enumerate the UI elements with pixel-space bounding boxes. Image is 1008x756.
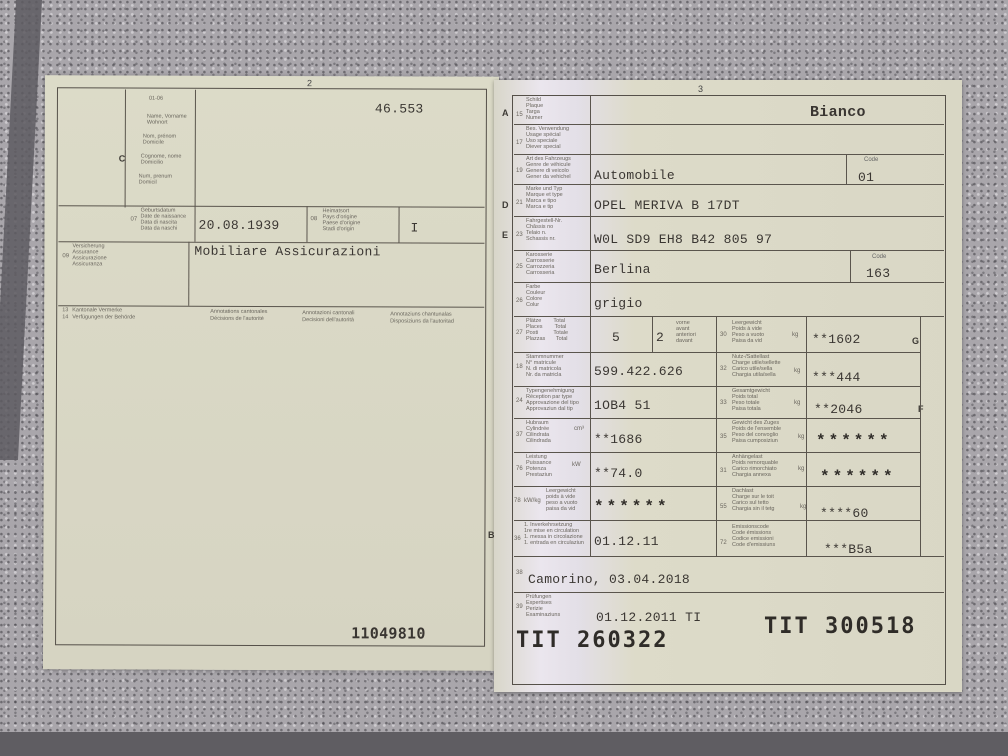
power-label: Leistung Puissance Potenza Prestaziun bbox=[526, 454, 552, 478]
left-page-frame bbox=[55, 87, 487, 646]
power-weight-label: Leergewicht poids à vide peso a vuoto pa… bbox=[546, 488, 578, 512]
displacement-value: **1686 bbox=[594, 432, 643, 447]
holder-name-label-de: Name, Vorname Wohnort bbox=[147, 114, 187, 126]
seats-label: Plätze Total Places Total Posti Totale P… bbox=[526, 318, 568, 342]
page-number: 3 bbox=[698, 84, 703, 94]
annotation-header-rm: Annotaziuns chantunalas Disposiziuns da … bbox=[390, 311, 454, 324]
body-value: Berlina bbox=[594, 262, 651, 277]
payload-label: Nutz-/Sattellast Charge utile/sellette C… bbox=[732, 354, 781, 378]
displacement-label: Hubraum Cylindrée Cilindrata Cilindrada bbox=[526, 420, 551, 444]
vehicle-type-label: Art des Fahrzeugs Genre de véhicule Gene… bbox=[526, 156, 571, 180]
train-weight-value: ****** bbox=[816, 432, 892, 450]
special-use-label: Bes. Verwendung Usage spécial Uso specia… bbox=[526, 126, 569, 150]
trailer-load-label: Anhängelast Poids remorquable Carico rim… bbox=[732, 454, 778, 478]
power-weight-value: ****** bbox=[594, 498, 670, 516]
empty-weight-label: Leergewicht Poids à vide Peso a vuoto Pa… bbox=[732, 320, 764, 344]
floor-groove bbox=[0, 0, 42, 460]
annotation-header-de: Kantonale Vermerke Verfügungen der Behör… bbox=[72, 307, 135, 320]
perforated-stamp-right: TIT 300518 bbox=[764, 614, 916, 639]
inspections-value: 01.12.2011 TI bbox=[596, 610, 701, 625]
matriculation-label: Stammnummer N° matricule N. di matricola… bbox=[526, 354, 564, 378]
emission-code-value: ***B5a bbox=[824, 542, 873, 557]
chassis-value: W0L SD9 EH8 B42 805 97 bbox=[594, 232, 772, 247]
body-label: Karosserie Carrosserie Carrozzeria Carro… bbox=[526, 252, 554, 276]
seats-front: 2 bbox=[656, 330, 664, 345]
inspections-label: Prüfungen Expertises Perizie Examinaziun… bbox=[526, 594, 560, 618]
seats-total: 5 bbox=[612, 330, 620, 345]
first-registration-label: 1. Inverkehrsetzung 1re mise en circulat… bbox=[524, 522, 584, 546]
emission-code-label: Emissionscode Code émissions Codice emis… bbox=[732, 524, 775, 548]
total-weight-label: Gesamtgewicht Poids total Peso totale Pa… bbox=[732, 388, 770, 412]
origin-value: I bbox=[410, 220, 418, 235]
make-model-label: Marke und Typ Marque et type Marca e tip… bbox=[526, 186, 563, 210]
floor-edge bbox=[0, 732, 1008, 756]
vehicle-type-value: Automobile bbox=[594, 168, 675, 183]
plate-value: Bianco bbox=[810, 104, 866, 121]
make-model-value: OPEL MERIVA B 17DT bbox=[594, 198, 740, 213]
place-date-value: Camorino, 03.04.2018 bbox=[528, 572, 690, 587]
color-label: Farbe Couleur Colore Colur bbox=[526, 284, 545, 308]
trailer-load-value: ****** bbox=[820, 468, 896, 486]
matriculation-value: 599.422.626 bbox=[594, 364, 683, 379]
right-page: 3 A D E B G F 15 Schild Plaque Targa Num… bbox=[494, 80, 962, 692]
page-number: 2 bbox=[307, 78, 312, 88]
total-weight-value: **2046 bbox=[814, 402, 863, 417]
train-weight-label: Gewicht des Zuges Poids de l'ensemble Pe… bbox=[732, 420, 781, 444]
birth-date-label: Geburtsdatum Date de naissance Data di n… bbox=[140, 208, 186, 232]
insurance-value: Mobiliare Assicurazioni bbox=[194, 244, 380, 260]
payload-value: ***444 bbox=[812, 370, 861, 385]
seats-front-label: vorne avant anteriori davant bbox=[676, 320, 696, 344]
annotation-header-fr: Annotations cantonales Décisions de l'au… bbox=[210, 309, 267, 322]
roof-load-label: Dachlast Charge sur le toit Carico sul t… bbox=[732, 488, 775, 512]
holder-name-label-rm: Num, prenum Domicil bbox=[139, 174, 172, 186]
vehicle-type-code: 01 bbox=[858, 170, 874, 185]
field-01-06-label: 01-06 bbox=[149, 96, 163, 102]
plate-label: Schild Plaque Targa Numer bbox=[526, 97, 543, 121]
type-approval-label: Typengenehmigung Réception par type Appr… bbox=[526, 388, 579, 412]
perforated-stamp-left: TIT 260322 bbox=[516, 628, 668, 653]
insurance-label: Versicherung Assurance Assicurazione Ass… bbox=[72, 243, 106, 267]
body-code: 163 bbox=[866, 266, 890, 281]
holder-name-label-it: Cognome, nome Domicilio bbox=[141, 154, 182, 166]
first-registration-value: 01.12.11 bbox=[594, 534, 659, 549]
power-value: **74.0 bbox=[594, 466, 643, 481]
roof-load-value: ****60 bbox=[820, 506, 869, 521]
left-page: 2 C 01-06 Name, Vorname Wohnort Nom, pré… bbox=[43, 75, 499, 671]
empty-weight-value: **1602 bbox=[812, 332, 861, 347]
holder-number: 46.553 bbox=[375, 101, 424, 116]
chassis-label: Fahrgestell-Nr. Châssis no Telaio n. Sch… bbox=[526, 218, 562, 242]
birth-date-value: 20.08.1939 bbox=[198, 218, 279, 233]
color-value: grigio bbox=[594, 296, 643, 311]
type-approval-value: 1OB4 51 bbox=[594, 398, 651, 413]
origin-label: Heimatsort Pays d'origine Paese d'origin… bbox=[322, 208, 360, 232]
document-number: 11049810 bbox=[351, 624, 426, 642]
annotation-header-it: Annotazioni cantonali Decisioni dell'aut… bbox=[302, 310, 354, 323]
holder-name-label-fr: Nom, prénom Domicile bbox=[143, 134, 176, 146]
